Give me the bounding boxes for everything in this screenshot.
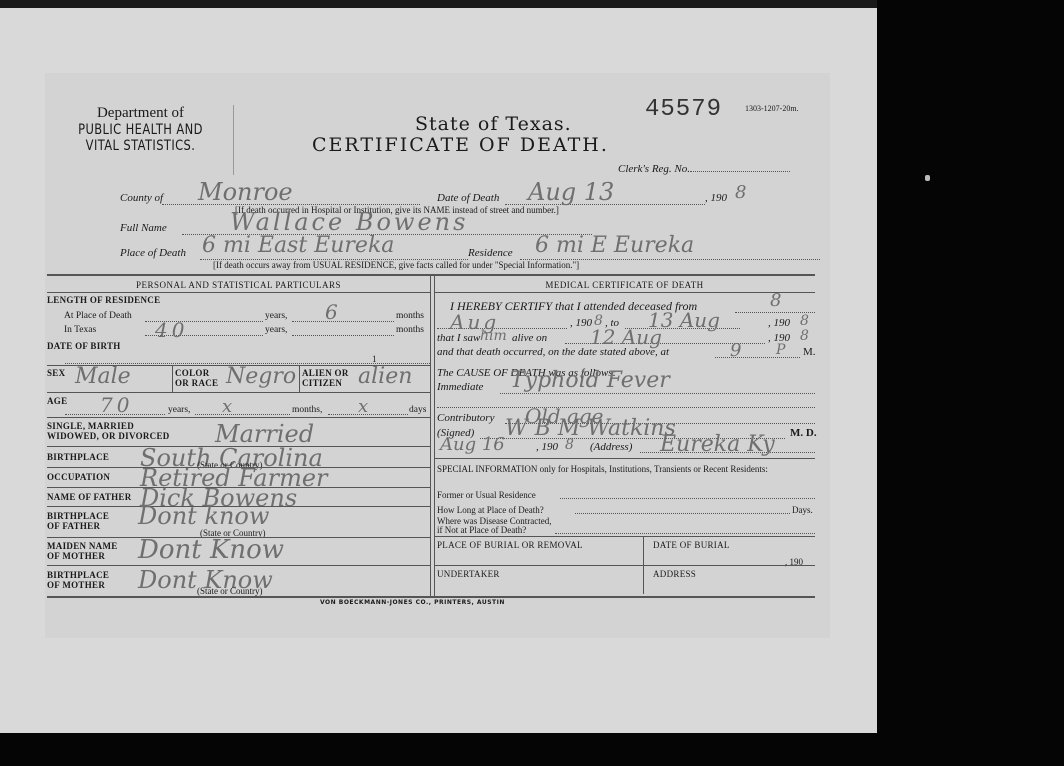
immediate-line — [500, 393, 815, 394]
date-of-death-label: Date of Death — [437, 192, 499, 204]
father-birthplace-label-1: BIRTHPLACE — [47, 511, 109, 521]
residence-value: 6 mi E Eureka — [535, 233, 694, 258]
in-texas-months-label: months — [396, 325, 424, 335]
how-long-label: How Long at Place of Death? — [437, 505, 544, 515]
in-texas-label: In Texas — [64, 325, 96, 335]
personal-heading: PERSONAL AND STATISTICAL PARTICULARS — [47, 280, 430, 290]
residence-label: Residence — [468, 247, 513, 259]
immediate-line-2 — [437, 407, 815, 408]
place-of-death-label: Place of Death — [120, 247, 186, 259]
age-days-label: days — [409, 405, 426, 415]
where-contracted-2: if Not at Place of Death? — [437, 525, 526, 535]
age-months-line — [195, 414, 290, 415]
immediate-label: Immediate — [437, 381, 483, 393]
age-months-value: x — [222, 396, 232, 417]
certificate-number: 45579 — [645, 96, 722, 123]
saw-pronoun: him — [480, 328, 507, 344]
signed-value: W B M Watkins — [505, 416, 676, 441]
race-label-1: COLOR — [175, 368, 218, 378]
clerk-reg-text: Clerk's Reg. No. — [618, 163, 690, 175]
place-of-death-value: 6 mi East Eureka — [202, 233, 394, 258]
marital-label-2: WIDOWED, OR DIVORCED — [47, 431, 170, 441]
how-long-line — [575, 513, 790, 514]
department-block: Department of PUBLIC HEALTH AND VITAL ST… — [48, 105, 233, 154]
father-birthplace-label-2: OF FATHER — [47, 521, 109, 531]
residence-note: [If death occurs away from USUAL RESIDEN… — [213, 260, 579, 270]
clerk-reg-field — [690, 171, 790, 172]
saw-year-value: 8 — [800, 328, 809, 344]
signed-year-value: 8 — [565, 437, 574, 453]
at-place-months-line — [292, 321, 394, 322]
alien-label-2: CITIZEN — [302, 378, 349, 388]
printer-credit: VON BOECKMANN-JONES CO., PRINTERS, AUSTI… — [320, 599, 505, 606]
birthplace-label: BIRTHPLACE — [47, 452, 109, 462]
alien-value: alien — [358, 364, 412, 389]
former-residence-line — [560, 498, 815, 499]
signature-row-bottom — [434, 458, 815, 459]
mother-birthplace-label-1: BIRTHPLACE — [47, 570, 109, 580]
certificate-title: CERTIFICATE OF DEATH. — [312, 134, 609, 156]
mother-birthplace-label: BIRTHPLACEOF MOTHER — [47, 570, 109, 590]
marital-label: SINGLE, MARRIEDWIDOWED, OR DIVORCED — [47, 421, 170, 441]
in-texas-months-line — [292, 335, 394, 336]
full-name-value: Wallace Bowens — [230, 208, 468, 236]
contributory-label: Contributory — [437, 412, 494, 424]
to-year-value: 8 — [800, 313, 809, 329]
year-prefix: , 190 — [705, 192, 727, 204]
mother-name-value: Dont Know — [138, 535, 284, 565]
md-label: M. D. — [790, 427, 817, 439]
signed-year-prefix: , 190 — [536, 441, 558, 453]
department-line3: VITAL STATISTICS. — [65, 138, 217, 154]
occurred-text: and that death occurred, on the date sta… — [437, 346, 669, 358]
from-day-value: 8 — [770, 290, 781, 311]
alien-label: ALIEN ORCITIZEN — [302, 368, 349, 388]
form-number: 1303-1207-20m. — [745, 104, 799, 113]
where-contracted-line — [555, 533, 815, 534]
burial-place-label: PLACE OF BURIAL OR REMOVAL — [437, 540, 583, 550]
race-value: Negro — [226, 364, 296, 389]
mother-name-label: MAIDEN NAMEOF MOTHER — [47, 541, 118, 561]
department-line2: PUBLIC HEALTH AND — [65, 122, 217, 138]
burial-date-label: DATE OF BURIAL — [653, 540, 730, 550]
dob-label: DATE OF BIRTH — [47, 341, 121, 351]
age-days-value: x — [358, 396, 368, 417]
m-label: M. — [803, 346, 816, 358]
address-value: Eureka Ky — [660, 432, 775, 457]
father-name-label: NAME OF FATHER — [47, 492, 132, 502]
address-label: (Address) — [590, 441, 632, 453]
mother-name-label-1: MAIDEN NAME — [47, 541, 118, 551]
father-birthplace-value: Dont know — [138, 502, 269, 530]
saw-label-2: alive on — [512, 332, 547, 344]
time-value: 9 — [730, 340, 741, 361]
occupation-label: OCCUPATION — [47, 472, 110, 482]
special-info: SPECIAL INFORMATION only for Hospitals, … — [437, 464, 815, 474]
race-alien-divider — [299, 365, 300, 392]
mother-birthplace-label-2: OF MOTHER — [47, 580, 109, 590]
state-title: State of Texas. — [415, 113, 572, 135]
in-texas-years-label: years, — [265, 325, 287, 335]
former-residence-label: Former or Usual Residence — [437, 490, 536, 500]
mother-name-label-2: OF MOTHER — [47, 551, 118, 561]
age-years-value: 70 — [100, 393, 133, 417]
immediate-value: Typhoid Fever — [510, 368, 670, 393]
father-birthplace-label: BIRTHPLACEOF FATHER — [47, 511, 109, 531]
personal-heading-rule — [47, 292, 430, 293]
at-place-label: At Place of Death — [64, 311, 132, 321]
dob-separator: 1 — [372, 354, 377, 364]
scan-edge — [0, 0, 877, 8]
date-of-death-value: Aug 13 — [528, 178, 614, 206]
ampm-value: P — [776, 342, 785, 358]
undertaker-label: UNDERTAKER — [437, 569, 500, 579]
header-divider — [233, 105, 234, 175]
at-place-months-label: months — [396, 311, 424, 321]
scan-speck — [925, 175, 930, 181]
race-label: COLOROR RACE — [175, 368, 218, 388]
full-name-label: Full Name — [120, 222, 167, 234]
special-row-bottom — [434, 536, 815, 537]
age-label: AGE — [47, 396, 67, 406]
age-row-bottom — [47, 417, 430, 418]
saw-label-1: that I saw — [437, 332, 480, 344]
sex-value: Male — [75, 364, 131, 389]
alien-label-1: ALIEN OR — [302, 368, 349, 378]
medical-heading-rule — [434, 292, 815, 293]
section-bottom-rule — [47, 596, 815, 598]
sex-race-divider — [172, 365, 173, 392]
time-line — [715, 357, 800, 358]
undertaker-address-label: ADDRESS — [653, 569, 696, 579]
sex-label: SEX — [47, 368, 65, 378]
at-place-months-value: 6 — [325, 300, 338, 324]
year-of-death: 8 — [735, 182, 746, 203]
section-divider — [430, 276, 435, 596]
length-of-residence-label: LENGTH OF RESIDENCE — [47, 295, 160, 305]
at-place-years-label: years, — [265, 311, 287, 321]
mother-birthplace-hint: (State or Country) — [197, 586, 263, 596]
days-label: Days. — [792, 505, 813, 515]
in-texas-years-value: 40 — [155, 318, 188, 342]
county-value: Monroe — [198, 178, 293, 206]
clerk-reg-label: Clerk's Reg. No. — [618, 163, 790, 175]
marital-label-1: SINGLE, MARRIED — [47, 421, 170, 431]
medical-heading: MEDICAL CERTIFICATE OF DEATH — [434, 280, 815, 290]
signed-date-value: Aug 16 — [440, 434, 505, 455]
county-label: County of — [120, 192, 163, 204]
age-years-label: years, — [168, 405, 190, 415]
department-line1: Department of — [48, 105, 233, 122]
from-year-prefix: , 190 — [570, 317, 592, 329]
age-months-label: months, — [292, 405, 322, 415]
to-year-prefix: , 190 — [768, 317, 790, 329]
burial-row-bottom — [434, 565, 815, 566]
race-label-2: OR RACE — [175, 378, 218, 388]
